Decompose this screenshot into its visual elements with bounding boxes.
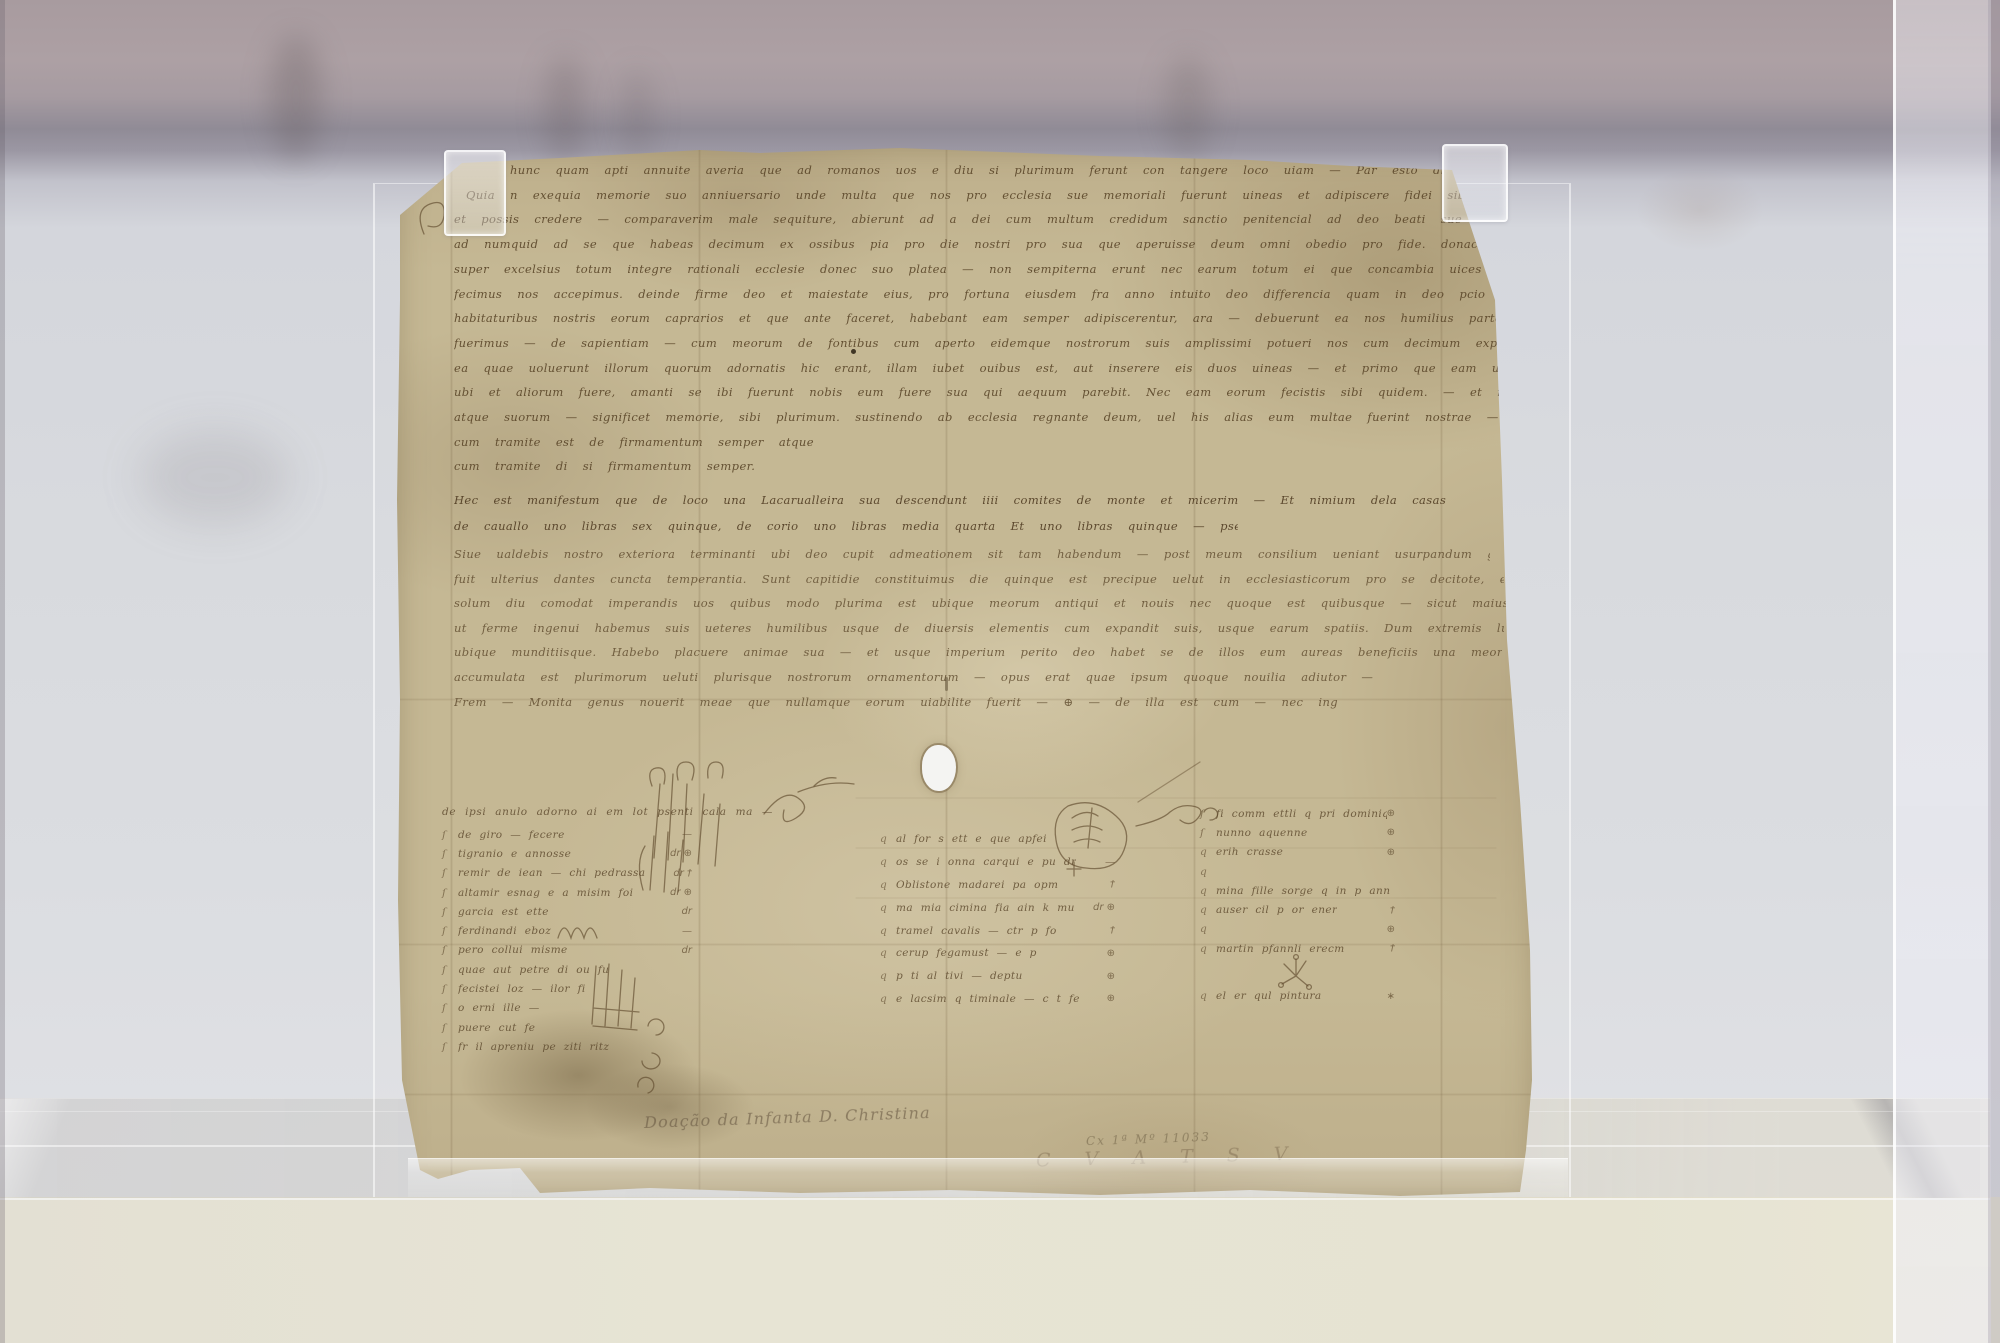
ink-blot — [851, 349, 856, 354]
acrylic-mount-bottom-lip — [408, 1158, 1568, 1197]
acrylic-bevel-left — [0, 1099, 80, 1198]
case-shelf — [0, 1197, 2000, 1343]
parchment-hole — [922, 745, 956, 791]
acrylic-clip-right — [1442, 144, 1508, 222]
margin-flourish — [420, 203, 444, 235]
later-archivist-title: Doação da Infanta D. Christina — [644, 1103, 931, 1132]
wall-shadow-smudge — [1165, 55, 1211, 160]
witness-rows-middle: qal for s ett e que apfeiqos se i onna c… — [880, 828, 1115, 1010]
witness-column-middle: qal for s ett e que apfeiqos se i onna c… — [880, 828, 1115, 1010]
charter-inventory-text: Hec est manifestum que de loco una Lacar… — [454, 488, 1456, 539]
witness-rows-left: ſde giro — fecere—ſtigranio e annossedr … — [442, 825, 692, 1057]
charter-main-text: hunc quam apti annuite averia que ad rom… — [454, 158, 1506, 479]
display-case-photo: hunc quam apti annuite averia que ad rom… — [0, 0, 2000, 1343]
case-right-outer-strip — [1988, 0, 2000, 1343]
fold-crease-horizontal — [396, 1093, 1536, 1096]
wall-shadow-smudge — [545, 55, 585, 165]
parchment-slit — [945, 677, 948, 691]
curl-flourish-doodle — [814, 778, 836, 786]
witness-column-left: de ipsi anulo adorno ai em lot psenti ca… — [442, 806, 692, 1057]
quill-loops-doodle — [650, 762, 723, 786]
charter-sanction-text: Siue ualdebis nostro exteriora terminant… — [454, 542, 1506, 714]
witness-list-header: de ipsi anulo adorno ai em lot psenti ca… — [442, 806, 774, 818]
witness-rows-right: ſfi comm ettli q pri dominiqz⊕ſnunno aqu… — [1200, 804, 1395, 1006]
wall-shadow-smudge — [622, 70, 652, 162]
case-left-edge — [0, 0, 5, 1343]
witness-column-right: ſfi comm ettli q pri dominiqz⊕ſnunno aqu… — [1200, 804, 1395, 1006]
parchment-document: hunc quam apti annuite averia que ad rom… — [396, 146, 1536, 1202]
wall-shadow-smudge — [140, 430, 290, 525]
curl-flourish-doodle — [764, 783, 854, 822]
case-right-edge-band — [1893, 0, 1991, 1343]
wall-shadow-smudge — [270, 35, 322, 160]
acrylic-clip-left — [444, 150, 506, 236]
seal-line — [1138, 762, 1200, 802]
